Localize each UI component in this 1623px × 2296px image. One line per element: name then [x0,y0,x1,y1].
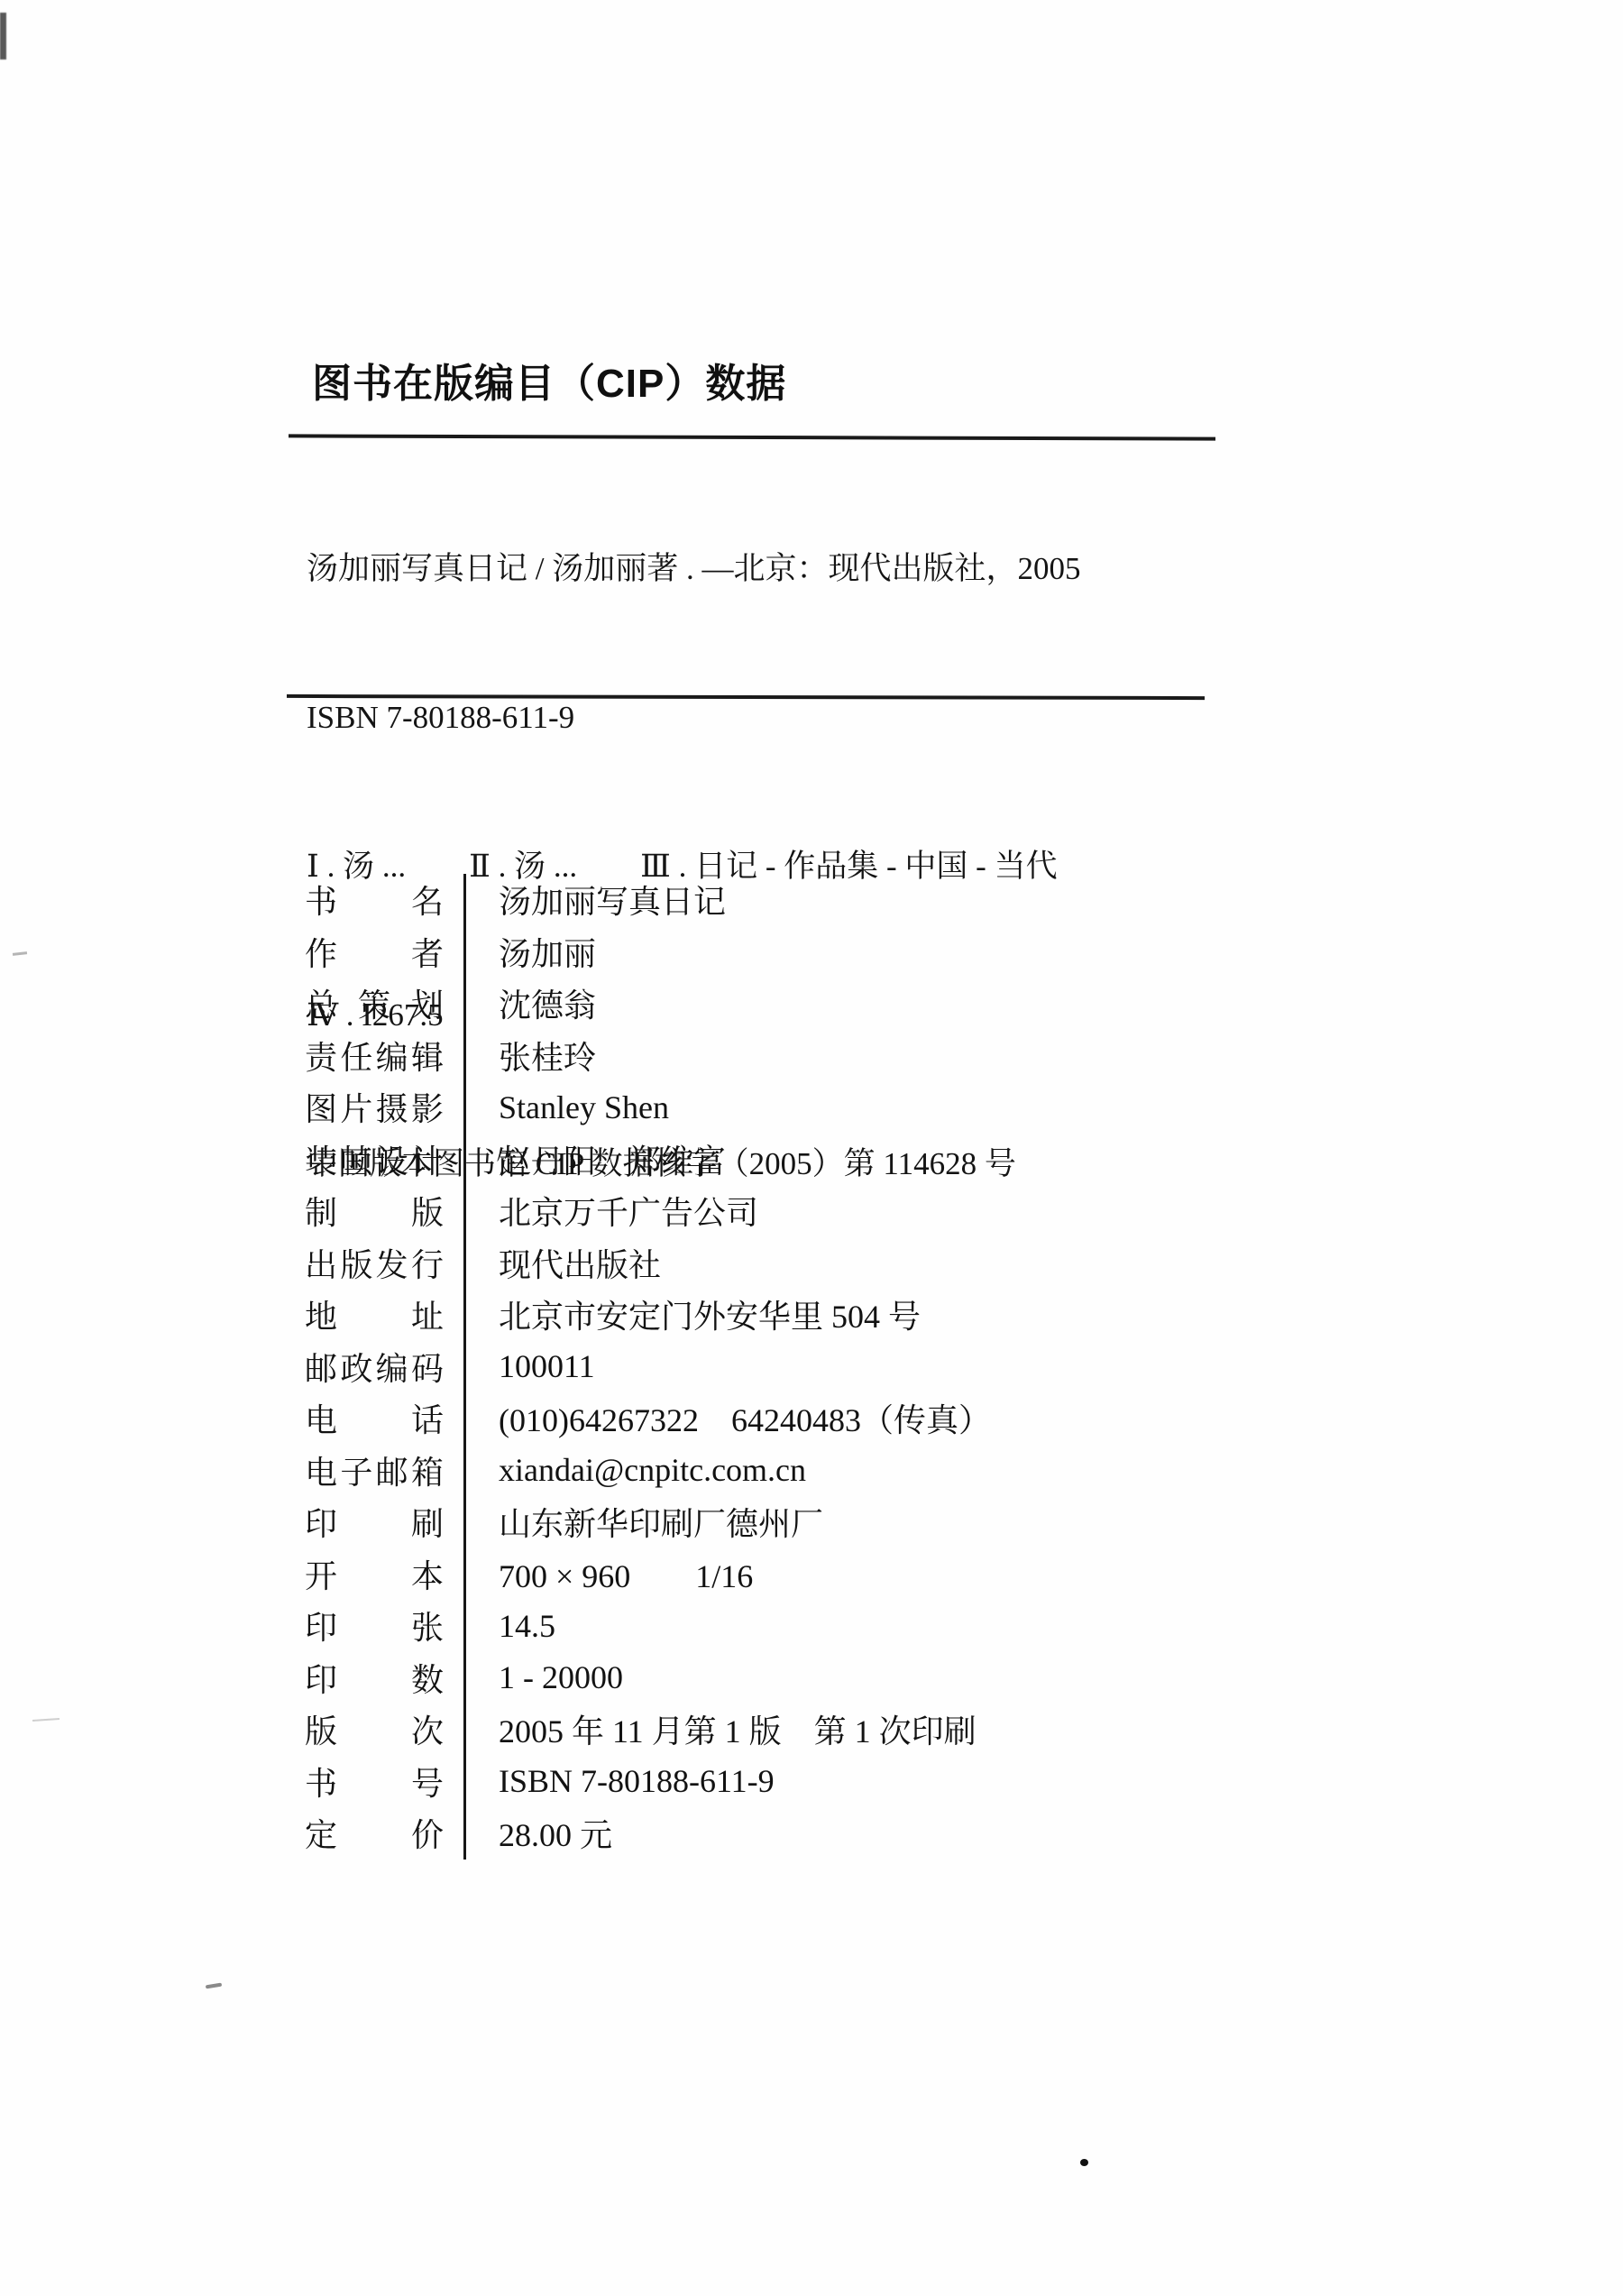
colophon-row-book-title: 书名 汤加丽写真日记 [305,874,1369,926]
scan-artifact-dash [32,1718,60,1722]
colophon-value: 28.00 元 [463,1807,1369,1860]
colophon-label: 定价 [305,1810,444,1856]
colophon-row-postal-code: 邮政编码 100011 [305,1341,1369,1393]
colophon-row-responsible-editor: 责任编辑 张桂玲 [305,1030,1369,1082]
cip-line-isbn: ISBN 7-80188-611-9 [307,693,1316,742]
colophon-row-publisher: 出版发行 现代出版社 [305,1237,1369,1290]
colophon-label: 邮政编码 [305,1344,444,1390]
colophon-value: 100011 [463,1341,1369,1393]
scan-artifact-corner-bar [0,13,6,60]
colophon-label: 印数 [305,1655,444,1701]
colophon-row-author: 作者 汤加丽 [305,926,1369,978]
colophon-row-email: 电子邮箱 xiandai@cnpitc.com.cn [305,1445,1369,1497]
cip-rule-top [289,434,1215,440]
scan-artifact-dash [13,951,27,956]
colophon-value: 700 × 960 1/16 [463,1548,1369,1601]
colophon-value: 沈德翁 [463,978,1369,1030]
colophon-label: 版次 [305,1706,444,1752]
colophon-label: 电话 [305,1395,444,1441]
colophon-value: 北京万千广告公司 [463,1185,1369,1237]
colophon-label: 印张 [305,1603,444,1649]
colophon-label: 电子邮箱 [305,1447,444,1493]
colophon-row-book-number: 书号 ISBN 7-80188-611-9 [305,1756,1369,1808]
scan-artifact-dot [1080,2159,1088,2166]
colophon-label: 出版发行 [305,1240,444,1286]
colophon-label: 图片摄影 [305,1084,444,1130]
colophon-label: 装帧设计 [305,1136,444,1182]
colophon-row-printer: 印刷 山东新华印刷厂德州厂 [305,1496,1369,1548]
book-colophon-page: 图书在版编目（CIP）数据 汤加丽写真日记 / 汤加丽著 . —北京：现代出版社… [0,0,1623,2296]
colophon-value: 张桂玲 [463,1030,1369,1082]
colophon-value: 汤加丽写真日记 [463,874,1369,926]
colophon-label: 地址 [305,1291,444,1337]
colophon-row-plate-making: 制版 北京万千广告公司 [305,1185,1369,1237]
colophon-label: 印刷 [305,1499,444,1545]
colophon-label: 作者 [305,929,444,975]
colophon-value: 赵丹阳 郑维富 [463,1134,1369,1186]
colophon-value: 2005 年 11 月第 1 版 第 1 次印刷 [463,1704,1369,1756]
colophon-value: 北京市安定门外安华里 504 号 [463,1289,1369,1341]
colophon-table: 书名 汤加丽写真日记 作者 汤加丽 总策划 沈德翁 责任编辑 张桂玲 图片摄影 … [305,874,1369,1860]
colophon-row-print-run: 印数 1 - 20000 [305,1652,1369,1704]
colophon-row-photographer: 图片摄影 Stanley Shen [305,1081,1369,1134]
colophon-row-address: 地址 北京市安定门外安华里 504 号 [305,1289,1369,1341]
colophon-value: xiandai@cnpitc.com.cn [463,1445,1369,1497]
colophon-label: 责任编辑 [305,1033,444,1079]
colophon-value: ISBN 7-80188-611-9 [463,1756,1369,1808]
colophon-row-printed-sheets: 印张 14.5 [305,1600,1369,1652]
colophon-label: 总策划 [305,980,444,1026]
colophon-value: Stanley Shen [463,1081,1369,1134]
colophon-row-chief-planner: 总策划 沈德翁 [305,978,1369,1030]
colophon-label: 开本 [305,1551,444,1597]
colophon-row-telephone: 电话 (010)64267322 64240483（传真） [305,1392,1369,1445]
colophon-row-binding-design: 装帧设计 赵丹阳 郑维富 [305,1134,1369,1186]
colophon-value: (010)64267322 64240483（传真） [463,1392,1369,1445]
cip-heading: 图书在版编目（CIP）数据 [312,361,786,409]
colophon-value: 汤加丽 [463,926,1369,978]
colophon-value: 现代出版社 [463,1237,1369,1290]
colophon-value: 1 - 20000 [463,1652,1369,1704]
colophon-label: 制版 [305,1188,444,1234]
colophon-label: 书名 [305,877,444,923]
cip-line-title-statement: 汤加丽写真日记 / 汤加丽著 . —北京：现代出版社，2005 [307,544,1316,593]
scan-artifact-dash [206,1983,222,1989]
colophon-value: 山东新华印刷厂德州厂 [463,1496,1369,1548]
colophon-row-format: 开本 700 × 960 1/16 [305,1548,1369,1601]
colophon-row-price: 定价 28.00 元 [305,1807,1369,1860]
colophon-row-edition: 版次 2005 年 11 月第 1 版 第 1 次印刷 [305,1704,1369,1756]
colophon-label: 书号 [305,1759,444,1805]
colophon-value: 14.5 [463,1600,1369,1652]
